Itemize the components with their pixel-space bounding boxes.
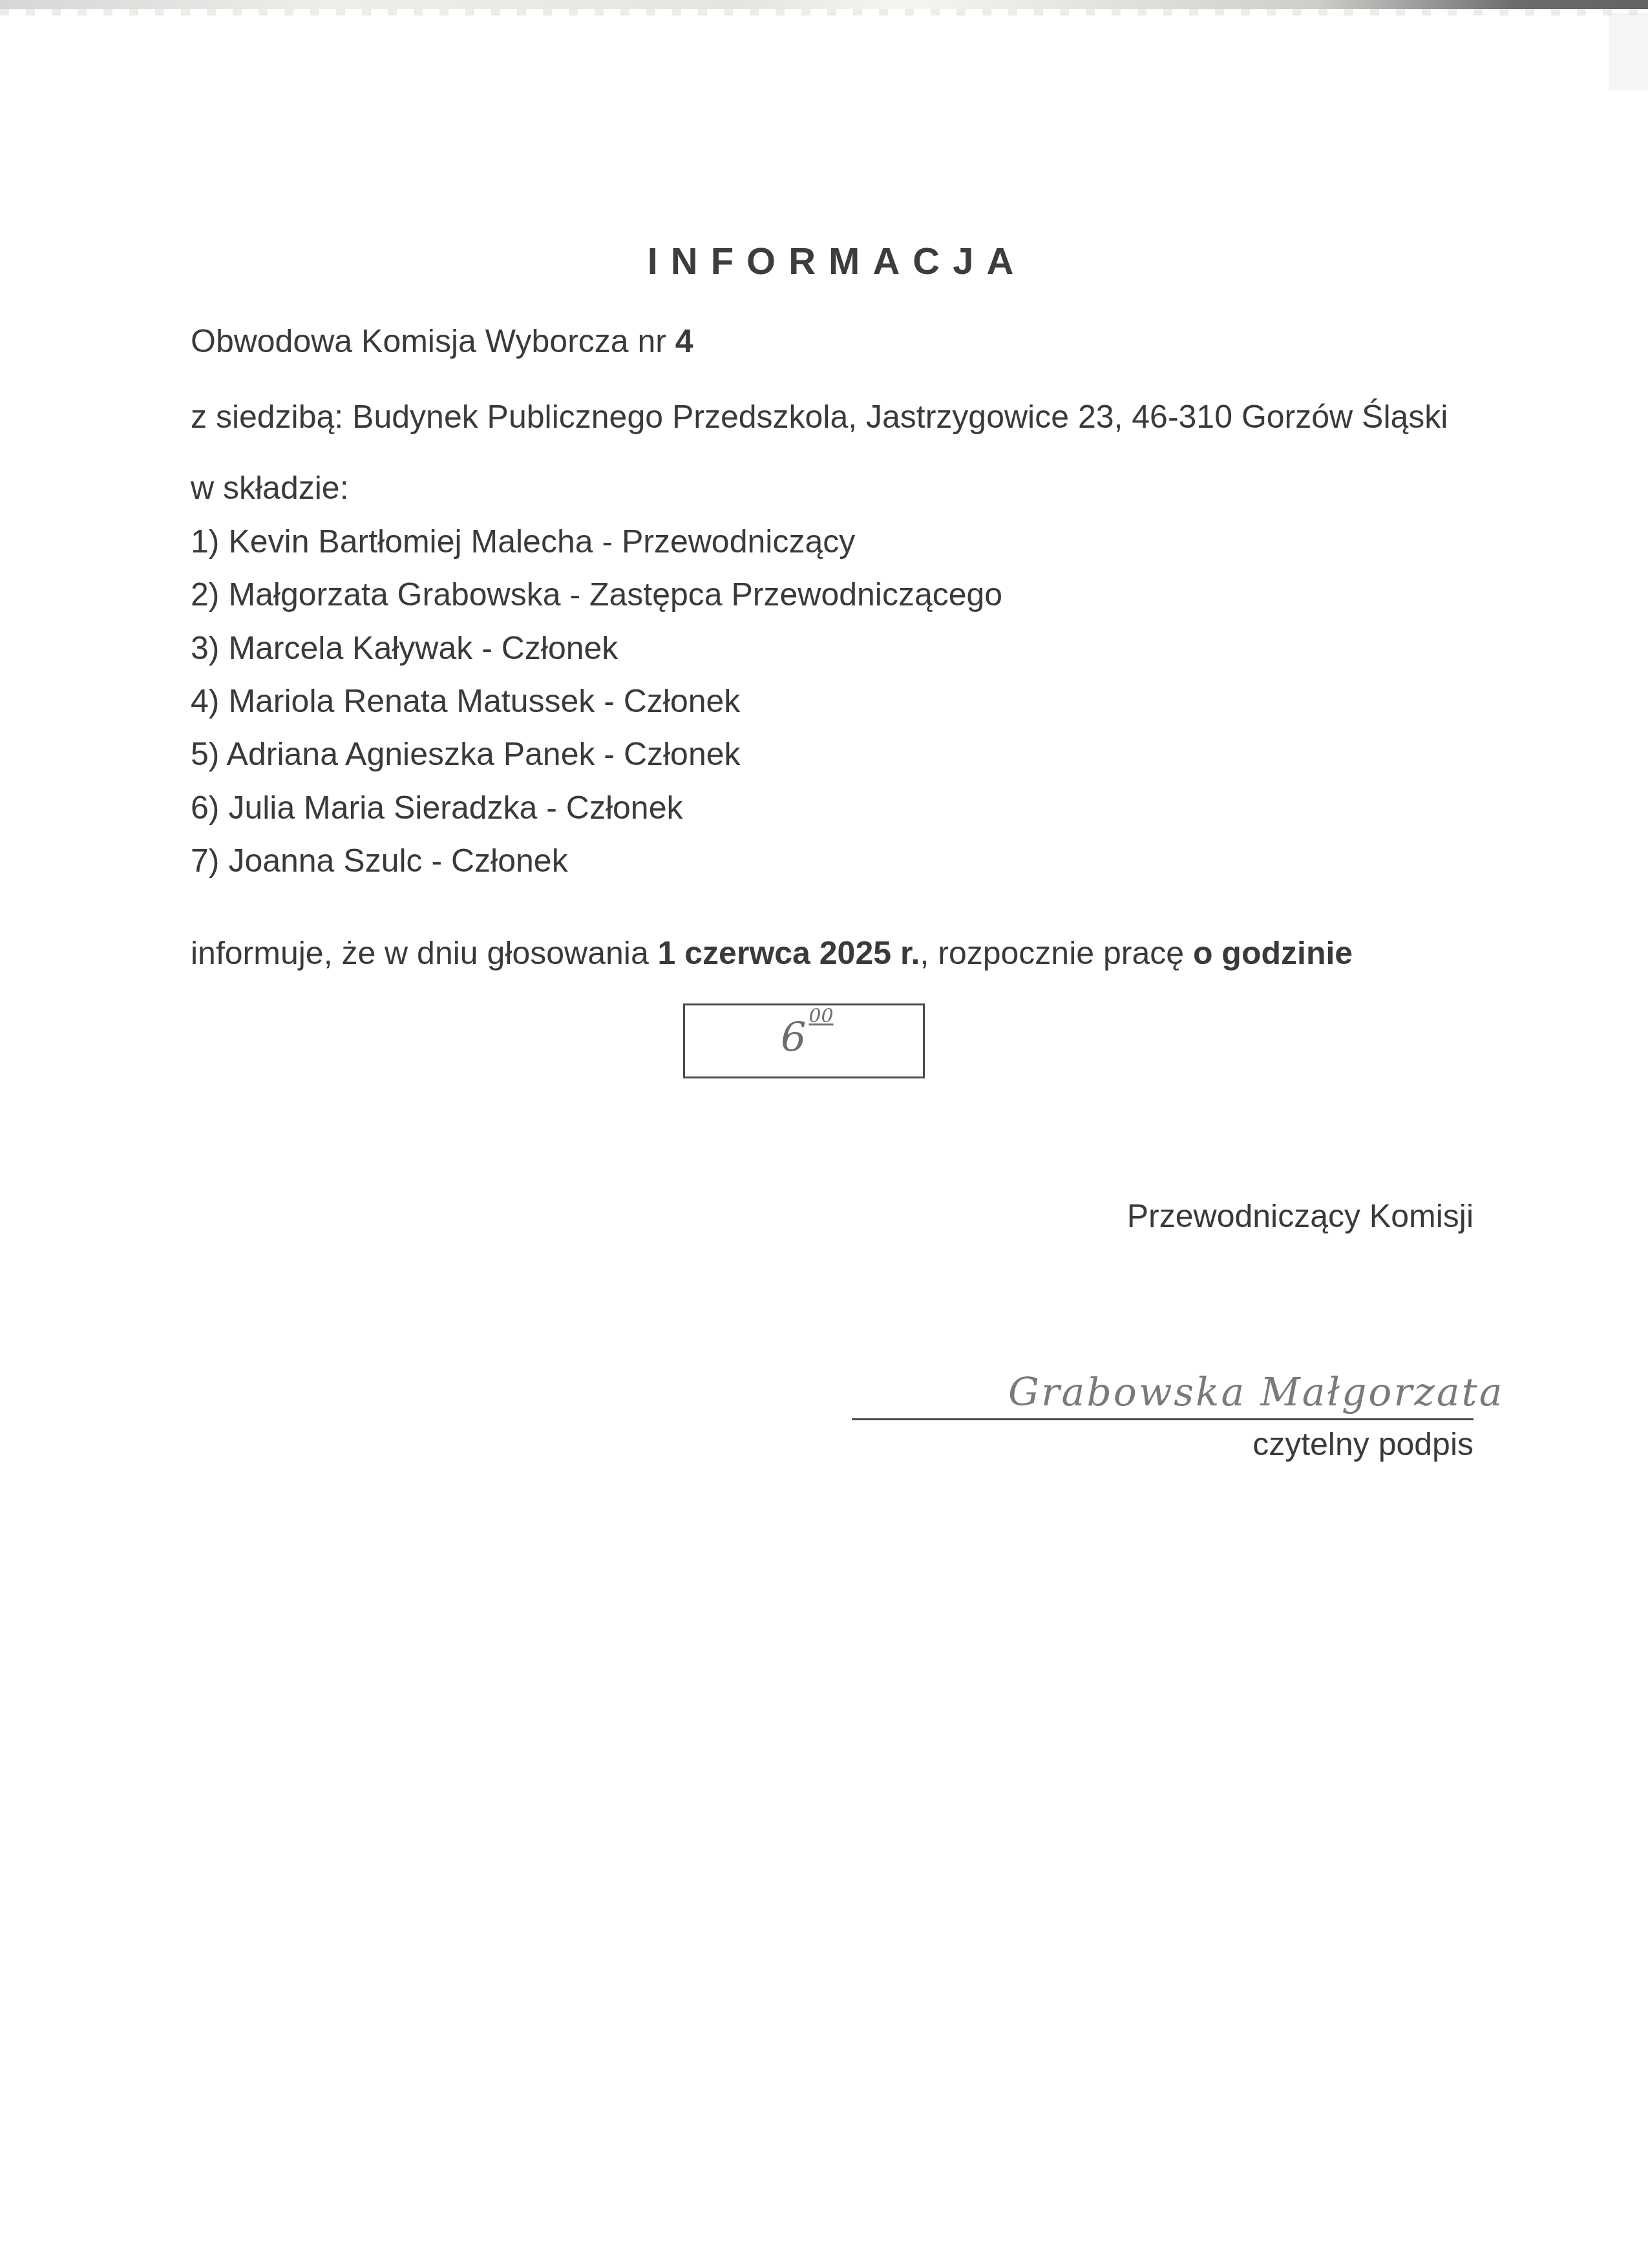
member-role: Przewodniczący bbox=[622, 523, 855, 560]
member-separator: - bbox=[595, 683, 623, 719]
commission-label: Obwodowa Komisja Wyborcza nr bbox=[191, 323, 675, 359]
scan-edge-noise bbox=[0, 9, 1648, 16]
member-row: 3) Marcela Kaływak - Członek bbox=[191, 632, 618, 664]
member-row: 6) Julia Maria Sieradzka - Członek bbox=[191, 792, 682, 824]
member-row: 4) Mariola Renata Matussek - Członek bbox=[191, 685, 740, 717]
member-separator: - bbox=[595, 736, 623, 772]
member-number: 6) bbox=[191, 790, 219, 826]
start-hour: 6 bbox=[781, 1013, 806, 1060]
info-text-middle: , rozpocznie pracę bbox=[920, 935, 1193, 971]
member-role: Zastępca Przewodniczącego bbox=[589, 576, 1002, 613]
member-number: 3) bbox=[191, 630, 219, 666]
commission-number: 4 bbox=[675, 323, 693, 359]
member-row: 7) Joanna Szulc - Członek bbox=[191, 845, 568, 877]
commission-line: Obwodowa Komisja Wyborcza nr 4 bbox=[191, 325, 693, 357]
member-number: 1) bbox=[191, 523, 219, 560]
member-role: Członek bbox=[624, 683, 741, 719]
member-role: Członek bbox=[502, 630, 618, 666]
member-name: Marcela Kaływak bbox=[228, 630, 472, 666]
start-minutes: 00 bbox=[808, 1005, 833, 1027]
member-name: Małgorzata Grabowska bbox=[228, 576, 560, 613]
member-separator: - bbox=[423, 843, 451, 879]
scan-edge-right bbox=[1609, 13, 1648, 90]
handwritten-signature: Grabowska Małgorzata bbox=[1008, 1370, 1504, 1415]
member-name: Kevin Bartłomiej Malecha bbox=[228, 523, 593, 560]
signature-line bbox=[852, 1418, 1474, 1420]
member-row: 5) Adriana Agnieszka Panek - Członek bbox=[191, 738, 741, 770]
member-separator: - bbox=[472, 630, 501, 666]
chair-label: Przewodniczący Komisji bbox=[840, 1200, 1474, 1232]
member-separator: - bbox=[593, 523, 622, 560]
member-number: 5) bbox=[191, 736, 219, 772]
seat-line: z siedzibą: Budynek Publicznego Przedszk… bbox=[191, 401, 1448, 433]
scan-edge-top bbox=[0, 0, 1648, 9]
member-number: 7) bbox=[191, 843, 219, 879]
document-title: INFORMACJA bbox=[0, 243, 1648, 280]
member-name: Mariola Renata Matussek bbox=[228, 683, 595, 719]
member-number: 2) bbox=[191, 576, 219, 613]
voting-date: 1 czerwca 2025 r. bbox=[658, 935, 920, 971]
signature-caption: czytelny podpis bbox=[840, 1428, 1474, 1460]
start-time-box: 600 bbox=[683, 1003, 925, 1078]
member-name: Adriana Agnieszka Panek bbox=[227, 736, 595, 772]
member-name: Julia Maria Sieradzka bbox=[228, 790, 537, 826]
member-role: Członek bbox=[624, 736, 741, 772]
member-number: 4) bbox=[191, 683, 219, 719]
member-separator: - bbox=[561, 576, 589, 613]
member-name: Joanna Szulc bbox=[228, 843, 422, 879]
time-label: o godzinie bbox=[1193, 935, 1353, 971]
member-row: 2) Małgorzata Grabowska - Zastępca Przew… bbox=[191, 578, 1002, 611]
composition-label: w składzie: bbox=[191, 472, 349, 504]
info-sentence: informuje, że w dniu głosowania 1 czerwc… bbox=[191, 937, 1353, 969]
handwritten-start-time: 600 bbox=[781, 1017, 831, 1057]
member-role: Członek bbox=[566, 790, 683, 826]
member-row: 1) Kevin Bartłomiej Malecha - Przewodnic… bbox=[191, 525, 855, 558]
member-role: Członek bbox=[451, 843, 568, 879]
member-separator: - bbox=[537, 790, 565, 826]
info-text-start: informuje, że w dniu głosowania bbox=[191, 935, 658, 971]
